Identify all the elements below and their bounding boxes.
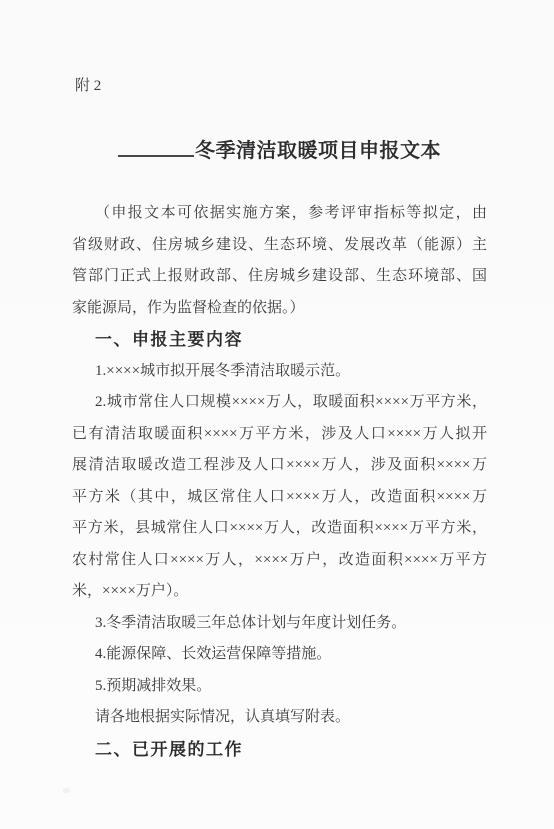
text-line: （申报文本可依据实施方案，参考评审指标等拟定，由 [72,198,487,230]
document-title-row: 冬季清洁取暖项目申报文本 [72,136,487,168]
text-line: 4.能源保障、长效运营保障等措施。 [72,639,487,671]
scanned-document-page: 附 2 冬季清洁取暖项目申报文本 （申报文本可依据实施方案，参考评审指标等拟定，… [0,0,554,829]
text-line: 展清洁取暖改造工程涉及人口××××万人，涉及面积××××万 [72,450,487,482]
document-title: 冬季清洁取暖项目申报文本 [195,140,441,162]
text-line: 家能源局，作为监督检查的依据。） [72,293,487,325]
text-line: 米，××××万户）。 [72,576,487,608]
text-line: 请各地根据实际情况，认真填写附表。 [72,702,487,734]
section-heading-2: 二、已开展的工作 [72,734,487,766]
attachment-label: 附 2 [75,76,487,96]
scan-artifact [63,788,70,793]
text-line: 平方米（其中，城区常住人口××××万人，改造面积××××万 [72,482,487,514]
document-body: （申报文本可依据实施方案，参考评审指标等拟定，由 省级财政、住房城乡建设、生态环… [72,198,487,765]
text-line: 5.预期减排效果。 [72,671,487,703]
text-line: 农村常住人口××××万人，××××万户，改造面积××××万平方 [72,545,487,577]
text-line: 已有清洁取暖面积××××万平方米，涉及人口××××万人拟开 [72,419,487,451]
text-line: 省级财政、住房城乡建设、生态环境、发展改革（能源）主 [72,230,487,262]
text-line: 2.城市常住人口规模××××万人，取暖面积××××万平方米， [72,387,487,419]
text-line: 1.××××城市拟开展冬季清洁取暖示范。 [72,356,487,388]
text-line: 3.冬季清洁取暖三年总体计划与年度计划任务。 [72,608,487,640]
section-heading-1: 一、申报主要内容 [72,324,487,356]
text-line: 管部门正式上报财政部、住房城乡建设部、生态环境部、国 [72,261,487,293]
title-blank-underline [118,136,194,157]
text-line: 平方米，县城常住人口××××万人，改造面积××××万平方米， [72,513,487,545]
